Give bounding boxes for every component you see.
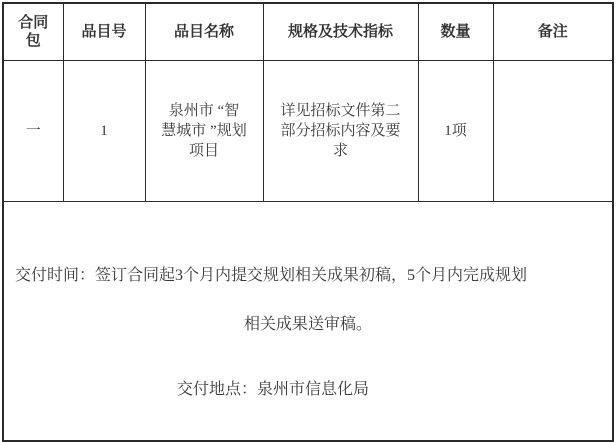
header-quantity: 数量 [418, 3, 493, 61]
header-remarks: 备注 [493, 3, 613, 61]
cell-contract-package: 一 [3, 61, 63, 202]
delivery-info-cell: 交付时间：签订合同起3个月内提交规划相关成果初稿，5个月内完成规划 相关成果送审… [3, 202, 613, 442]
delivery-info-row: 交付时间：签订合同起3个月内提交规划相关成果初稿，5个月内完成规划 相关成果送审… [3, 202, 613, 442]
header-contract-package: 合同 包 [3, 3, 63, 61]
cell-remarks [493, 61, 613, 202]
delivery-time-continuation-text: 相关成果送审稿。 [4, 316, 612, 333]
cell-spec-indicators: 详见招标文件第二 部分招标内容及要 求 [263, 61, 418, 202]
cell-item-name: 泉州市 “智 慧城市 ”规划 项目 [145, 61, 263, 202]
table-header-row: 合同 包 品目号 品目名称 规格及技术指标 数量 备注 [3, 3, 613, 61]
cell-quantity: 1项 [418, 61, 493, 202]
delivery-time-text: 交付时间：签订合同起3个月内提交规划相关成果初稿，5个月内完成规划 [4, 267, 612, 284]
delivery-location-text: 交付地点：泉州市信息化局 [4, 381, 542, 398]
header-spec-indicators: 规格及技术指标 [263, 3, 418, 61]
cell-item-number: 1 [63, 61, 145, 202]
procurement-items-table: 合同 包 品目号 品目名称 规格及技术指标 数量 备注 一 1 泉州市 “智 慧… [2, 2, 614, 442]
header-item-name: 品目名称 [145, 3, 263, 61]
table-row: 一 1 泉州市 “智 慧城市 ”规划 项目 详见招标文件第二 部分招标内容及要 … [3, 61, 613, 202]
header-item-number: 品目号 [63, 3, 145, 61]
